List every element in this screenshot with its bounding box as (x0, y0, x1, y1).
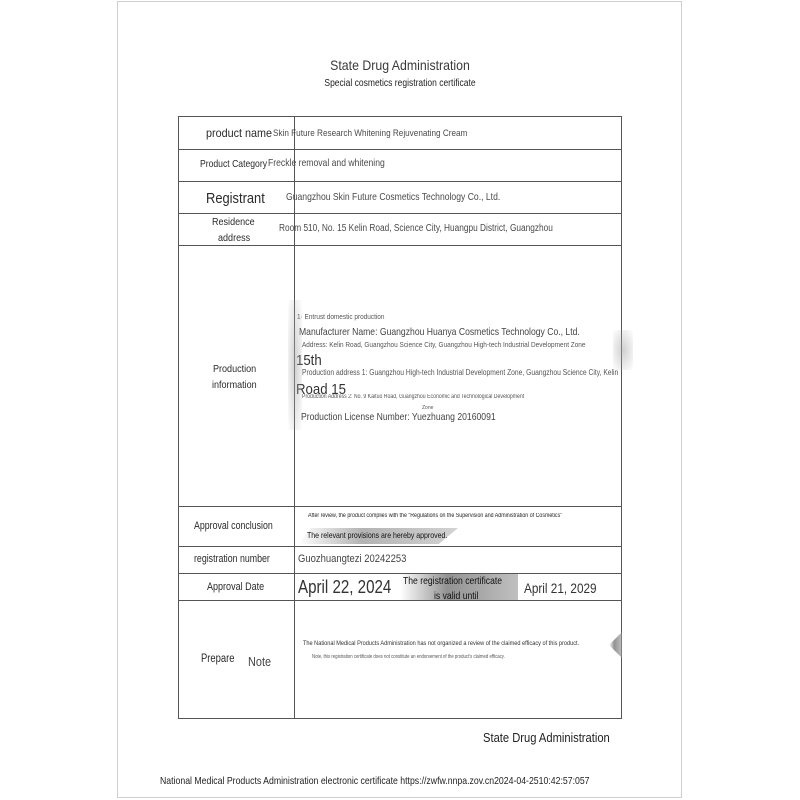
production-info-label-line1: Production (213, 363, 256, 375)
production-address-2-text: Production Address 2: No. 9 Kaituo Road,… (302, 394, 524, 400)
residence-address-value: Room 510, No. 15 Kelin Road, Science Cit… (279, 223, 553, 234)
product-category-label: Product Category (200, 158, 267, 170)
valid-until-value: April 21, 2029 (524, 580, 597, 596)
manufacturer-name-text: Manufacturer Name: Guangzhou Huanya Cosm… (299, 326, 580, 338)
entrust-production-text: 1· Entrust domestic production (297, 312, 384, 321)
approval-conclusion-line1: After review, the product complies with … (308, 513, 562, 519)
scan-blur-artifact (613, 330, 633, 370)
product-name-label: product name (206, 126, 272, 140)
registrant-value: Guangzhou Skin Future Cosmetics Technolo… (286, 191, 500, 203)
document-subtitle: Special cosmetics registration certifica… (60, 78, 740, 89)
approval-conclusion-label: Approval conclusion (194, 520, 273, 532)
product-name-value: Skin Future Research Whitening Rejuvenat… (273, 128, 467, 139)
valid-until-label-line1: The registration certificate (403, 575, 502, 587)
approval-conclusion-line2: The relevant provisions are hereby appro… (307, 530, 447, 540)
approval-date-value: April 22, 2024 (298, 577, 391, 598)
registration-number-label: registration number (194, 553, 270, 565)
prepare-label: Prepare (201, 653, 235, 665)
valid-until-label-line2: is valid until (434, 590, 479, 602)
document-title: State Drug Administration (48, 57, 752, 73)
note-line2: Note, this registration certificate does… (312, 654, 505, 660)
approval-date-label: Approval Date (207, 581, 264, 593)
product-category-value: Freckle removal and whitening (268, 157, 385, 169)
production-address-1-text: Production address 1: Guangzhou High-tec… (302, 368, 618, 377)
electronic-certificate-text: National Medical Products Administration… (160, 775, 590, 787)
residence-address-label-line1: Residence (212, 216, 255, 228)
note-line1: The National Medical Products Administra… (303, 640, 579, 647)
scan-blur-artifact (288, 300, 302, 430)
residence-address-label-line2: address (218, 232, 250, 244)
registrant-label: Registrant (206, 190, 265, 207)
registration-number-value: Guozhuangtezi 20242253 (298, 553, 406, 565)
note-label: Note (248, 654, 271, 669)
production-info-label-line2: information (212, 379, 257, 391)
issuer-name: State Drug Administration (483, 730, 610, 745)
production-license-text: Production License Number: Yuezhuang 201… (301, 411, 496, 423)
manufacturer-address-text: Address: Kelin Road, Guangzhou Science C… (302, 340, 585, 349)
